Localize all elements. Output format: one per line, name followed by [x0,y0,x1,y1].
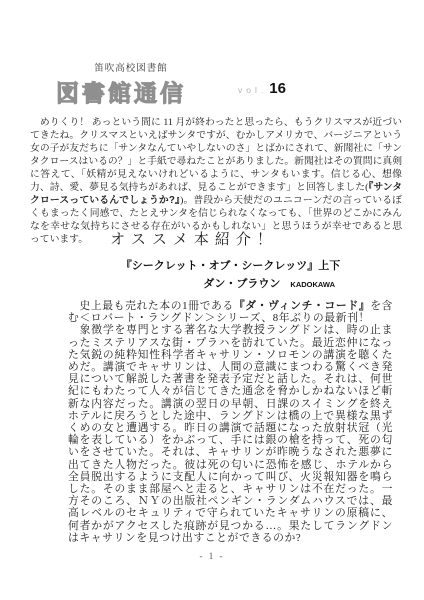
newsletter-page: 笛吹高校図書館 図書館通信 vol.16 めりくり！ あっという間に 11 月が… [0,0,424,600]
intro-paragraph: めりくり！ あっという間に 11 月が終わったと思ったら、もうクリスマスが近づい… [30,116,402,246]
volume-label: vol. [238,85,267,95]
school-name: 笛吹高校図書館 [56,60,206,74]
book-recommendation: 『シークレット・オブ・シークレッツ』上下 ダン・ブラウン KADOKAWA 史上… [68,257,393,544]
book-title: 『シークレット・オブ・シークレッツ』上下 [68,257,393,273]
blurb-lead-paragraph: 史上最も売れた本の1冊である『ダ・ヴィンチ・コード』を含む＜ロバート・ラングドン… [68,300,393,324]
volume-indicator: vol.16 [238,80,286,98]
book-publisher: KADOKAWA [290,280,335,289]
book-author: ダン・ブラウン [203,278,280,290]
book-blurb: 史上最も売れた本の1冊である『ダ・ヴィンチ・コード』を含む＜ロバート・ラングドン… [68,300,393,544]
volume-number: 16 [269,80,286,97]
blurb-lead: 史上最も売れた本の1冊である [68,300,234,312]
intro-text-before: めりくり！ あっという間に 11 月が終わったと思ったら、もうクリスマスが近づい… [30,117,402,193]
masthead: 笛吹高校図書館 図書館通信 [56,60,206,108]
newsletter-title: 図書館通信 [56,75,206,108]
book-byline: ダン・ブラウン KADOKAWA [68,274,393,292]
blurb-davinci-code: 『ダ・ヴィンチ・コード』 [234,300,370,312]
page-number: - 1 - [0,551,424,561]
recommend-section-heading: オススメ本紹介！ [0,228,388,249]
blurb-body-paragraph: 象徴学を専門とする著名な大学教授ラングドンは、時の止まったミステリアスな街・プラ… [68,324,393,544]
